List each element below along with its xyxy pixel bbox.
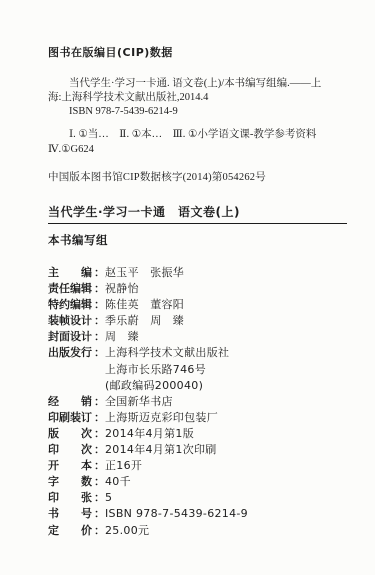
colophon-colon: ： bbox=[94, 281, 105, 297]
colophon-label: 字 数 bbox=[48, 474, 94, 490]
colophon-value: 正16开 bbox=[105, 458, 142, 474]
publisher-address: 上海市长乐路746号 bbox=[48, 362, 347, 378]
colophon-colon: ： bbox=[94, 313, 105, 329]
colophon-label: 经 销 bbox=[48, 394, 94, 410]
colophon-value: 2014年4月第1次印刷 bbox=[105, 442, 217, 458]
colophon-colon: ： bbox=[94, 394, 105, 410]
book-title: 当代学生·学习一卡通 语文卷(上) bbox=[48, 203, 347, 220]
colophon-value: 2014年4月第1版 bbox=[105, 426, 194, 442]
colophon-colon: ： bbox=[94, 458, 105, 474]
colophon-label: 印 张 bbox=[48, 490, 94, 506]
title-divider bbox=[48, 223, 347, 224]
colophon-colon: ： bbox=[94, 426, 105, 442]
colophon-label: 版 次 bbox=[48, 426, 94, 442]
colophon-label: 特约编辑 bbox=[48, 297, 94, 313]
colophon-value: 赵玉平 张振华 bbox=[105, 265, 184, 281]
colophon-value: 季乐蔚 周 臻 bbox=[105, 313, 184, 329]
cip-classification-line2: Ⅳ.①G624 bbox=[48, 143, 347, 158]
colophon-label: 开 本 bbox=[48, 458, 94, 474]
colophon-label: 主 编 bbox=[48, 265, 94, 281]
colophon-value: 上海科学技术文献出版社 bbox=[105, 345, 229, 361]
colophon-value: 陈佳英 董容阳 bbox=[105, 297, 184, 313]
colophon-page: 图书在版编目(CIP)数据 当代学生·学习一卡通. 语文卷(上)/本书编写组编.… bbox=[0, 0, 375, 575]
colophon-colon: ： bbox=[94, 442, 105, 458]
colophon-colon: ： bbox=[94, 345, 105, 361]
colophon-colon: ： bbox=[94, 410, 105, 426]
colophon-colon: ： bbox=[94, 329, 105, 345]
colophon-value: ISBN 978-7-5439-6214-9 bbox=[105, 506, 248, 522]
colophon-row-cover-design: 封面设计：周 臻 bbox=[48, 329, 347, 345]
colophon-colon: ： bbox=[94, 474, 105, 490]
cip-description-line2: 海:上海科学技术文献出版社,2014.4 bbox=[48, 91, 347, 105]
colophon-label: 定 价 bbox=[48, 523, 94, 539]
colophon-colon: ： bbox=[94, 506, 105, 522]
colophon-row-price: 定 价：25.00元 bbox=[48, 523, 347, 539]
colophon-list: 主 编：赵玉平 张振华 责任编辑：祝静怡 特约编辑：陈佳英 董容阳 装帧设计：季… bbox=[48, 265, 347, 539]
colophon-row-binding-design: 装帧设计：季乐蔚 周 臻 bbox=[48, 313, 347, 329]
colophon-label: 装帧设计 bbox=[48, 313, 94, 329]
colophon-row-sheets: 印 张：5 bbox=[48, 490, 347, 506]
colophon-colon: ： bbox=[94, 297, 105, 313]
colophon-row-format: 开 本：正16开 bbox=[48, 458, 347, 474]
colophon-row-print-run: 印 次：2014年4月第1次印刷 bbox=[48, 442, 347, 458]
colophon-value: 40千 bbox=[105, 474, 131, 490]
editor-group: 本书编写组 bbox=[48, 232, 347, 248]
colophon-label: 责任编辑 bbox=[48, 281, 94, 297]
colophon-label: 出版发行 bbox=[48, 345, 94, 361]
colophon-label: 印刷装订 bbox=[48, 410, 94, 426]
cip-classification-line1: Ⅰ. ①当… Ⅱ. ①本… Ⅲ. ①小学语文课-教学参考资料 bbox=[48, 128, 347, 143]
cip-classification: Ⅰ. ①当… Ⅱ. ①本… Ⅲ. ①小学语文课-教学参考资料 Ⅳ.①G624 bbox=[48, 128, 347, 157]
colophon-label: 印 次 bbox=[48, 442, 94, 458]
colophon-row-responsible-editor: 责任编辑：祝静怡 bbox=[48, 281, 347, 297]
colophon-row-edition: 版 次：2014年4月第1版 bbox=[48, 426, 347, 442]
colophon-colon: ： bbox=[94, 523, 105, 539]
cip-description-line1: 当代学生·学习一卡通. 语文卷(上)/本书编写组编.——上 bbox=[48, 77, 347, 91]
colophon-value: 25.00元 bbox=[105, 523, 149, 539]
cip-heading: 图书在版编目(CIP)数据 bbox=[48, 44, 347, 60]
publisher-postcode: (邮政编码200040) bbox=[48, 378, 347, 394]
colophon-value: 周 臻 bbox=[105, 329, 139, 345]
colophon-colon: ： bbox=[94, 265, 105, 281]
colophon-value: 祝静怡 bbox=[105, 281, 139, 297]
colophon-value: 5 bbox=[105, 490, 112, 506]
cip-isbn-line: ISBN 978-7-5439-6214-9 bbox=[48, 105, 347, 119]
colophon-row-distribution: 经 销：全国新华书店 bbox=[48, 394, 347, 410]
colophon-row-publisher: 出版发行：上海科学技术文献出版社 bbox=[48, 345, 347, 361]
colophon-colon: ： bbox=[94, 490, 105, 506]
cip-description: 当代学生·学习一卡通. 语文卷(上)/本书编写组编.——上 海:上海科学技术文献… bbox=[48, 77, 347, 119]
colophon-row-isbn: 书 号：ISBN 978-7-5439-6214-9 bbox=[48, 506, 347, 522]
colophon-label: 书 号 bbox=[48, 506, 94, 522]
colophon-row-special-editor: 特约编辑：陈佳英 董容阳 bbox=[48, 297, 347, 313]
colophon-value: 全国新华书店 bbox=[105, 394, 173, 410]
colophon-row-chief-editor: 主 编：赵玉平 张振华 bbox=[48, 265, 347, 281]
colophon-value: 上海斯迈克彩印包装厂 bbox=[105, 410, 218, 426]
colophon-label: 封面设计 bbox=[48, 329, 94, 345]
colophon-row-publisher-group: 出版发行：上海科学技术文献出版社 上海市长乐路746号 (邮政编码200040) bbox=[48, 345, 347, 393]
colophon-row-word-count: 字 数：40千 bbox=[48, 474, 347, 490]
colophon-row-printing-binding: 印刷装订：上海斯迈克彩印包装厂 bbox=[48, 410, 347, 426]
cip-record-number: 中国版本图书馆CIP数据核字(2014)第054262号 bbox=[48, 169, 347, 184]
